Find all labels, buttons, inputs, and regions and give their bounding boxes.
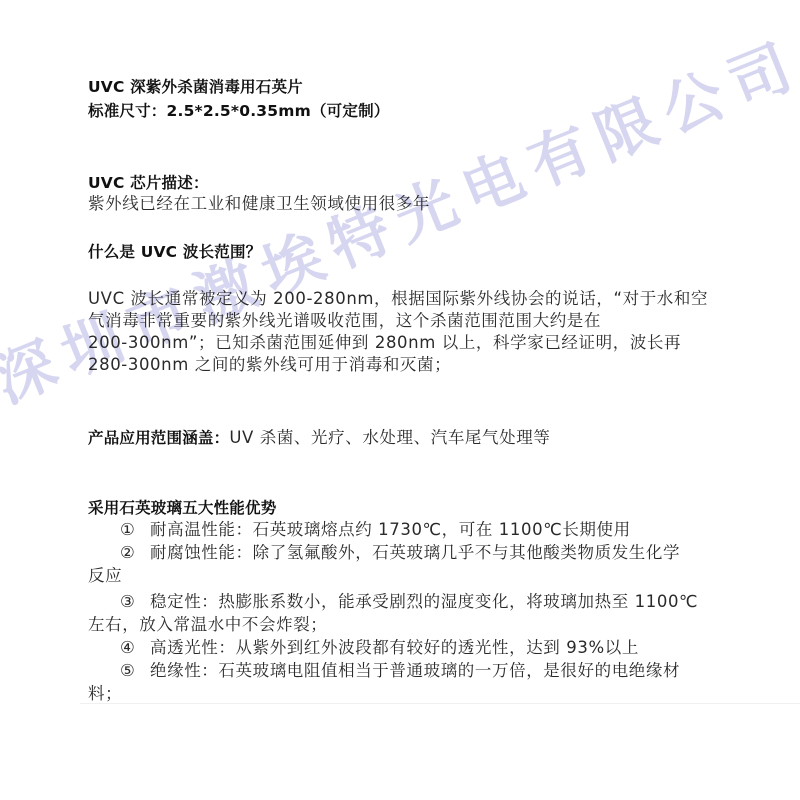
- advantage-item-4: ④高透光性：从紫外到红外波段都有较好的透光性，达到 93%以上: [120, 637, 639, 659]
- advantage-item-3-continued: 左右，放入常温水中不会炸裂；: [88, 614, 327, 636]
- chip-description-heading: UVC 芯片描述：: [88, 172, 209, 194]
- advantage-text: 高透光性：从紫外到红外波段都有较好的透光性，达到 93%以上: [150, 638, 639, 657]
- wavelength-heading: 什么是 UVC 波长范围？: [88, 241, 261, 263]
- bottom-divider: [80, 703, 800, 704]
- applications-row: 产品应用范围涵盖：UV 杀菌、光疗、水处理、汽车尾气处理等: [88, 427, 550, 449]
- advantage-item-5: ⑤绝缘性：石英玻璃电阻值相当于普通玻璃的一万倍，是很好的电绝缘材: [120, 660, 680, 682]
- advantage-text: 绝缘性：石英玻璃电阻值相当于普通玻璃的一万倍，是很好的电绝缘材: [150, 661, 680, 680]
- advantage-item-3: ③稳定性：热膨胀系数小，能承受剧烈的湿度变化，将玻璃加热至 1100℃: [120, 591, 698, 613]
- wavelength-line-3: 200-300nm”；已知杀菌范围延伸到 280nm 以上，科学家已经证明，波长…: [88, 332, 681, 354]
- document-page: 深圳市激埃特光电有限公司 UVC 深紫外杀菌消毒用石英片 标准尺寸：2.5*2.…: [0, 0, 800, 800]
- advantage-item-2-continued: 反应: [88, 565, 122, 587]
- wavelength-line-1: UVC 波长通常被定义为 200-280nm，根据国际紫外线协会的说话，“对于水…: [88, 288, 708, 310]
- advantage-text: 稳定性：热膨胀系数小，能承受剧烈的湿度变化，将玻璃加热至 1100℃: [150, 592, 698, 611]
- advantage-item-2: ②耐腐蚀性能：除了氢氟酸外，石英玻璃几乎不与其他酸类物质发生化学: [120, 542, 680, 564]
- circled-number-3: ③: [120, 591, 150, 613]
- size-spec: 标准尺寸：2.5*2.5*0.35mm（可定制）: [88, 100, 389, 122]
- applications-text: UV 杀菌、光疗、水处理、汽车尾气处理等: [229, 428, 550, 447]
- circled-number-1: ①: [120, 519, 150, 541]
- applications-label: 产品应用范围涵盖：: [88, 429, 229, 447]
- advantages-heading: 采用石英玻璃五大性能优势: [88, 497, 276, 519]
- circled-number-2: ②: [120, 542, 150, 564]
- advantage-text: 耐高温性能：石英玻璃熔点约 1730℃，可在 1100℃长期使用: [150, 520, 631, 539]
- product-title: UVC 深紫外杀菌消毒用石英片: [88, 76, 303, 98]
- circled-number-5: ⑤: [120, 660, 150, 682]
- wavelength-line-2: 气消毒非常重要的紫外线光谱吸收范围，这个杀菌范围范围大约是在: [88, 310, 601, 332]
- advantage-text: 耐腐蚀性能：除了氢氟酸外，石英玻璃几乎不与其他酸类物质发生化学: [150, 543, 680, 562]
- advantage-item-5-continued: 料；: [88, 683, 122, 705]
- wavelength-line-4: 280-300nm 之间的紫外线可用于消毒和灭菌；: [88, 354, 451, 376]
- circled-number-4: ④: [120, 637, 150, 659]
- chip-description-text: 紫外线已经在工业和健康卫生领域使用很多年: [88, 193, 430, 215]
- advantage-item-1: ①耐高温性能：石英玻璃熔点约 1730℃，可在 1100℃长期使用: [120, 519, 631, 541]
